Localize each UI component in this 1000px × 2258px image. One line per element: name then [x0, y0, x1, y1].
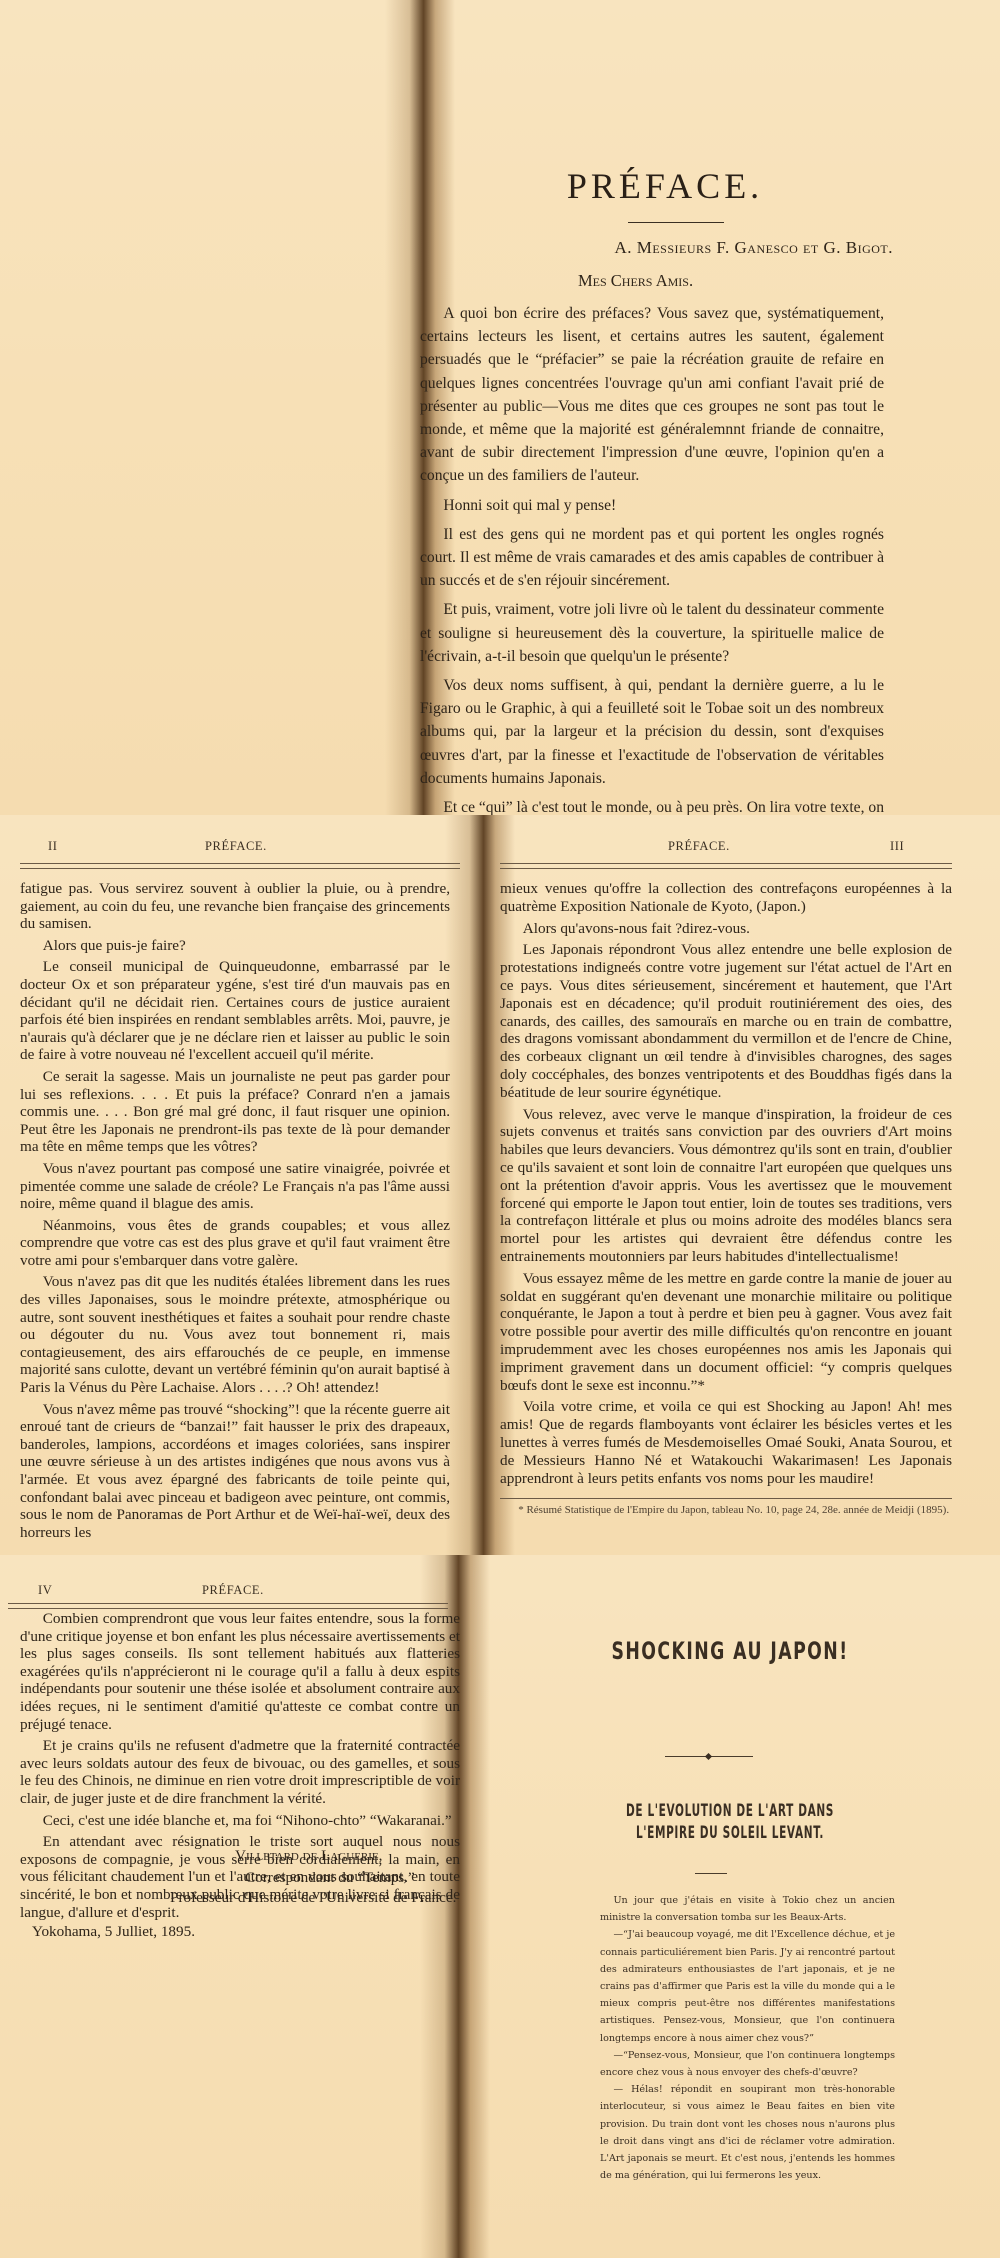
page-number-iii: III: [890, 839, 904, 854]
paragraph: Et je crains qu'ils ne refusent d'admetr…: [20, 1737, 460, 1807]
paragraph: mieux venues qu'offre la collection des …: [500, 880, 952, 916]
header-double-rule: [500, 863, 952, 869]
short-rule: [695, 1873, 727, 1874]
paragraph: Ceci, c'est une idée blanche et, ma foi …: [20, 1812, 460, 1830]
footnote: * Résumé Statistique de l'Empire du Japo…: [505, 1503, 952, 1518]
paragraph: Voila votre crime, et voila ce qui est S…: [500, 1398, 952, 1487]
paragraph: Combien comprendront que vous leur faite…: [20, 1610, 460, 1733]
paragraph: Ce serait la sagesse. Mais un journalist…: [20, 1068, 450, 1156]
paragraph: Les Japonais répondront Vous allez enten…: [500, 941, 952, 1101]
header-double-rule: [8, 1603, 448, 1609]
paragraph: —“Pensez-vous, Monsieur, que l'on contin…: [600, 2047, 895, 2081]
paragraph: —“J'ai beaucoup voyagé, me dit l'Excelle…: [600, 1926, 895, 2046]
salutation-line: Mes Chers Amis.: [578, 271, 693, 291]
paragraph: A quoi bon écrire des préfaces? Vous sav…: [420, 302, 884, 488]
paragraph: — Hélas! répondit en soupirant mon très-…: [600, 2081, 895, 2184]
paragraph: Vous relevez, avec verve le manque d'ins…: [500, 1106, 952, 1266]
paragraph: Alors que puis-je faire?: [20, 937, 450, 955]
paragraph: Le conseil municipal de Quinqueudonne, e…: [20, 958, 450, 1064]
signature-role-professor: Professeur d'Histoire de l'Université de…: [170, 1889, 456, 1907]
running-head-right: PRÉFACE.: [668, 839, 730, 854]
page-number-ii: II: [48, 839, 58, 854]
preface-page-1-body: A quoi bon écrire des préfaces? Vous sav…: [420, 302, 884, 872]
paragraph: Un jour que j'étais en visite à Tokio ch…: [600, 1892, 895, 1926]
place-and-date: Yokohama, 5 Julliet, 1895.: [32, 1923, 195, 1941]
paragraph: Il est des gens qui ne mordent pas et qu…: [420, 523, 884, 593]
subtitle-line-2: L'EMPIRE DU SOLEIL LEVANT.: [600, 1822, 860, 1844]
footnote-rule: [500, 1498, 952, 1499]
running-head-left: PRÉFACE.: [202, 1583, 264, 1598]
page-iii-body: mieux venues qu'offre la collection des …: [500, 880, 952, 1491]
signature-name: Villetard de Laguerie,: [235, 1847, 382, 1865]
paragraph: Et puis, vraiment, votre joli livre où l…: [420, 598, 884, 668]
spread-pages-ii-iii: II PRÉFACE. PRÉFACE. III fatigue pas. Vo…: [0, 815, 1000, 1555]
preface-title: PRÉFACE.: [430, 165, 900, 207]
header-double-rule: [20, 863, 460, 869]
running-head-left: PRÉFACE.: [205, 839, 267, 854]
subtitle-line-1: DE L'EVOLUTION DE L'ART DANS: [600, 1800, 860, 1822]
paragraph: Alors qu'avons-nous fait ?direz-vous.: [500, 920, 952, 938]
paragraph: Vous essayez même de les mettre en garde…: [500, 1270, 952, 1395]
paragraph: fatigue pas. Vous servirez souvent à oub…: [20, 880, 450, 933]
paragraph: Vous n'avez pas dit que les nudités étal…: [20, 1273, 450, 1396]
paragraph: Vous n'avez même pas trouvé “shocking”! …: [20, 1401, 450, 1542]
paragraph: Vous n'avez pourtant pas composé une sat…: [20, 1160, 450, 1213]
page-number-iv: IV: [38, 1583, 52, 1598]
title-rule-divider: [628, 222, 724, 223]
chapter-body: Un jour que j'étais en visite à Tokio ch…: [600, 1892, 895, 2184]
paragraph: Néanmoins, vous êtes de grands coupables…: [20, 1217, 450, 1270]
paragraph: Honni soit qui mal y pense!: [420, 494, 884, 517]
chapter-title: SHOCKING AU JAPON!: [579, 1637, 881, 1665]
dedication-line: A. Messieurs F. Ganesco et G. Bigot.: [430, 238, 893, 258]
page-ii-body: fatigue pas. Vous servirez souvent à oub…: [20, 880, 450, 1545]
paragraph: Vos deux noms suffisent, à qui, pendant …: [420, 674, 884, 790]
chapter-subtitle: DE L'EVOLUTION DE L'ART DANS L'EMPIRE DU…: [600, 1800, 860, 1844]
signature-role-correspondent: Correspondant du “Temps.”: [245, 1869, 415, 1887]
